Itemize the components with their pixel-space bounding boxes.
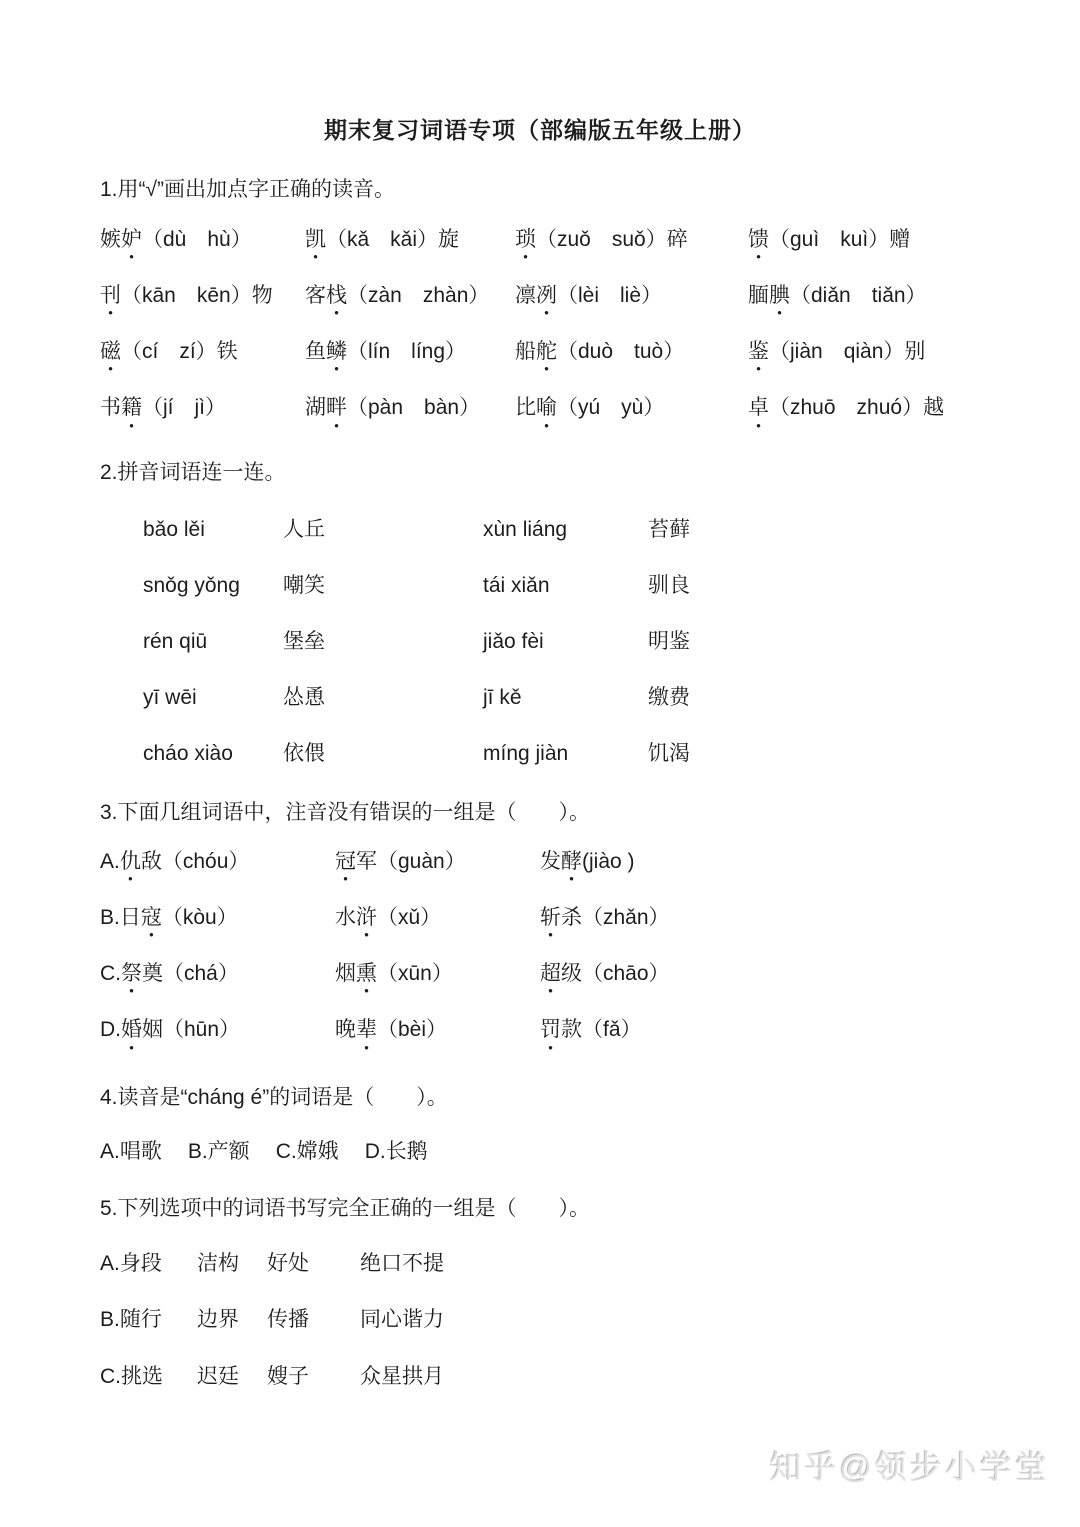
pinyin-label: tái xiǎn — [483, 573, 648, 598]
option-item: 边界 — [197, 1307, 267, 1332]
pronunciation-item: 嫉妒（dù hù） — [100, 227, 305, 252]
word-label: 驯良 — [648, 573, 1080, 598]
q2-match-row: snǒg yǒng 嘲笑 tái xiǎn 驯良 — [143, 573, 1080, 598]
pronunciation-item: 刊（kān kēn）物 — [100, 283, 305, 308]
word-label: 怂恿 — [283, 685, 483, 710]
page-title: 期末复习词语专项（部编版五年级上册） — [0, 0, 1080, 145]
pronunciation-item: 卓（zhuō zhuó）越 — [748, 395, 1080, 420]
option-item: 好处 — [267, 1251, 360, 1276]
q5-heading: 5.下列选项中的词语书写完全正确的一组是（ ）。 — [100, 1196, 1080, 1221]
word-label: 堡垒 — [283, 629, 483, 654]
option-item: 晚辈（bèi） — [335, 1017, 540, 1042]
q3-option-row: B.日寇（kòu） 水浒（xǔ） 斩杀（zhǎn） — [100, 905, 1080, 930]
q1-heading: 1.用“√”画出加点字正确的读音。 — [100, 177, 1080, 202]
pronunciation-item: 琐（zuǒ suǒ）碎 — [515, 227, 748, 252]
option-item: 发酵(jiào ) — [540, 849, 1080, 874]
q1-row: 书籍（jí jì） 湖畔（pàn bàn） 比喻（yú yù） 卓（zhuō z… — [100, 395, 1080, 420]
q4-option-row: A.唱歌 B.产额 C.嫦娥 D.长鹅 — [100, 1139, 1080, 1164]
watermark: 知乎@领步小学堂 — [770, 1442, 1051, 1488]
option-item: 同心谐力 — [360, 1307, 1080, 1332]
pinyin-label: snǒg yǒng — [143, 573, 283, 598]
pronunciation-item: 客栈（zàn zhàn） — [305, 283, 515, 308]
option-item: 冠军（guàn） — [335, 849, 540, 874]
option-item: C.祭奠（chá） — [100, 961, 335, 986]
q1-row: 磁（cí zí）铁 鱼鳞（lín líng） 船舵（duò tuò） 鉴（jià… — [100, 339, 1080, 364]
q1-row: 嫉妒（dù hù） 凯（kǎ kǎi）旋 琐（zuǒ suǒ）碎 馈（guì k… — [100, 227, 1080, 252]
option-item: 烟熏（xūn） — [335, 961, 540, 986]
option-item: 绝口不提 — [360, 1251, 1080, 1276]
option-item: B.产额 — [188, 1139, 250, 1164]
pronunciation-item: 书籍（jí jì） — [100, 395, 305, 420]
q4-heading: 4.读音是“cháng é”的词语是（ ）。 — [100, 1085, 1080, 1110]
pronunciation-item: 凯（kǎ kǎi）旋 — [305, 227, 515, 252]
pinyin-label: míng jiàn — [483, 741, 648, 766]
option-item: 水浒（xǔ） — [335, 905, 540, 930]
option-item: C.挑选 — [100, 1364, 197, 1389]
q1-row: 刊（kān kēn）物 客栈（zàn zhàn） 凛冽（lèi liè） 腼腆（… — [100, 283, 1080, 308]
option-item: A.身段 — [100, 1251, 197, 1276]
q5-option-row: A.身段 洁构 好处 绝口不提 — [100, 1251, 1080, 1276]
pinyin-label: rén qiū — [143, 629, 283, 654]
option-item: 迟廷 — [197, 1364, 267, 1389]
option-item: D.长鹅 — [365, 1139, 428, 1164]
q2-match-row: yī wēi 怂恿 jī kě 缴费 — [143, 685, 1080, 710]
pronunciation-item: 腼腆（diǎn tiǎn） — [748, 283, 1080, 308]
q5-option-row: C.挑选 迟廷 嫂子 众星拱月 — [100, 1364, 1080, 1389]
option-item: 斩杀（zhǎn） — [540, 905, 1080, 930]
option-item: D.婚姻（hūn） — [100, 1017, 335, 1042]
pinyin-label: xùn liáng — [483, 517, 648, 542]
option-item: B.随行 — [100, 1307, 197, 1332]
pronunciation-item: 凛冽（lèi liè） — [515, 283, 748, 308]
option-item: C.嫦娥 — [276, 1139, 339, 1164]
q2-match-row: bǎo lěi 人丘 xùn liáng 苔藓 — [143, 517, 1080, 542]
word-label: 人丘 — [283, 517, 483, 542]
q2-match-row: cháo xiào 依偎 míng jiàn 饥渴 — [143, 741, 1080, 766]
option-item: 众星拱月 — [360, 1364, 1080, 1389]
option-item: 超级（chāo） — [540, 961, 1080, 986]
q2-heading: 2.拼音词语连一连。 — [100, 460, 1080, 485]
worksheet-page: 期末复习词语专项（部编版五年级上册） 1.用“√”画出加点字正确的读音。 嫉妒（… — [0, 0, 1080, 1527]
option-item: 洁构 — [197, 1251, 267, 1276]
q2-match-row: rén qiū 堡垒 jiǎo fèi 明鉴 — [143, 629, 1080, 654]
word-label: 饥渴 — [648, 741, 1080, 766]
option-item: 传播 — [267, 1307, 360, 1332]
word-label: 依偎 — [283, 741, 483, 766]
option-item: B.日寇（kòu） — [100, 905, 335, 930]
option-item: 罚款（fǎ） — [540, 1017, 1080, 1042]
pronunciation-item: 鉴（jiàn qiàn）别 — [748, 339, 1080, 364]
q3-heading: 3.下面几组词语中，注音没有错误的一组是（ ）。 — [100, 800, 1080, 825]
pronunciation-item: 比喻（yú yù） — [515, 395, 748, 420]
pinyin-label: yī wēi — [143, 685, 283, 710]
q3-option-row: C.祭奠（chá） 烟熏（xūn） 超级（chāo） — [100, 961, 1080, 986]
pinyin-label: jiǎo fèi — [483, 629, 648, 654]
pronunciation-item: 鱼鳞（lín líng） — [305, 339, 515, 364]
pronunciation-item: 磁（cí zí）铁 — [100, 339, 305, 364]
option-item: A.唱歌 — [100, 1139, 162, 1164]
pinyin-label: jī kě — [483, 685, 648, 710]
word-label: 苔藓 — [648, 517, 1080, 542]
option-item: 嫂子 — [267, 1364, 360, 1389]
word-label: 缴费 — [648, 685, 1080, 710]
q3-option-row: A.仇敌（chóu） 冠军（guàn） 发酵(jiào ) — [100, 849, 1080, 874]
option-item: A.仇敌（chóu） — [100, 849, 335, 874]
pronunciation-item: 馈（guì kuì）赠 — [748, 227, 1080, 252]
pinyin-label: cháo xiào — [143, 741, 283, 766]
word-label: 明鉴 — [648, 629, 1080, 654]
pronunciation-item: 船舵（duò tuò） — [515, 339, 748, 364]
pronunciation-item: 湖畔（pàn bàn） — [305, 395, 515, 420]
q5-option-row: B.随行 边界 传播 同心谐力 — [100, 1307, 1080, 1332]
q3-option-row: D.婚姻（hūn） 晚辈（bèi） 罚款（fǎ） — [100, 1017, 1080, 1042]
word-label: 嘲笑 — [283, 573, 483, 598]
pinyin-label: bǎo lěi — [143, 517, 283, 542]
